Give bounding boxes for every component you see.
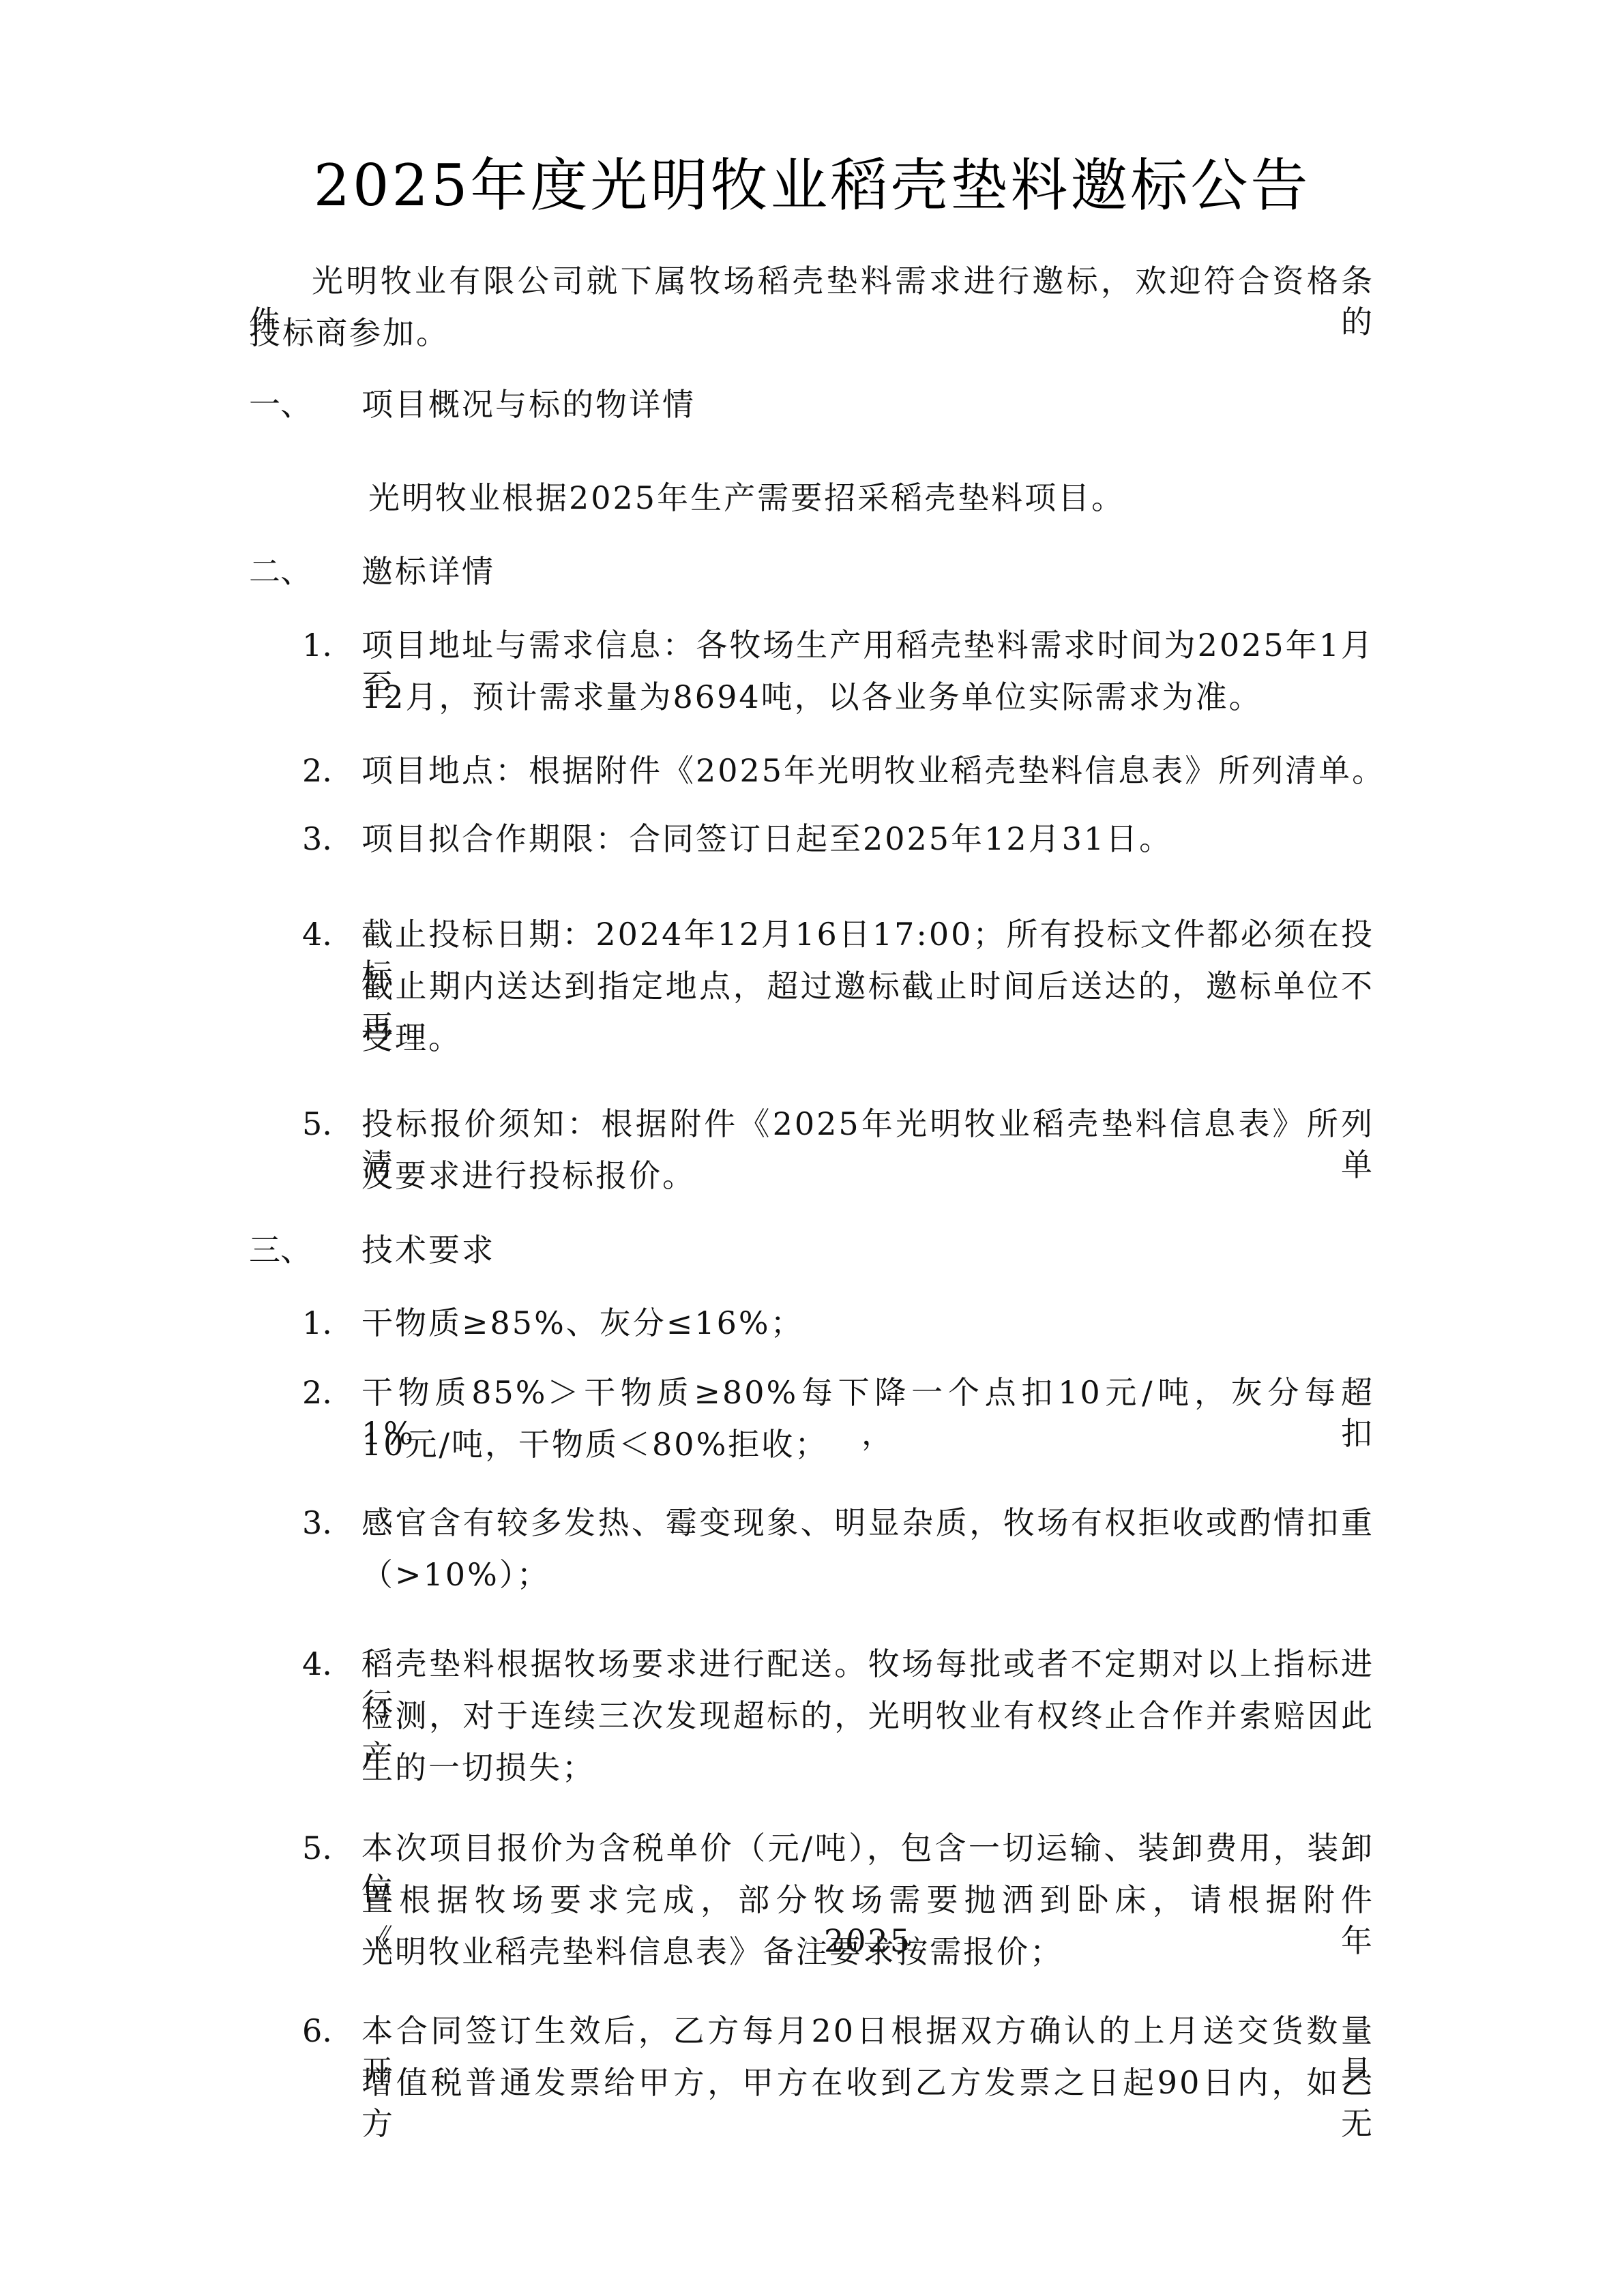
s2-item-1-number: 1.	[302, 625, 332, 666]
section-3-number: 三、	[249, 1229, 312, 1270]
s2-item-2-number: 2.	[302, 750, 332, 791]
s3-item-1-line-1: 干物质≥85%、灰分≤16%；	[361, 1302, 804, 1343]
s2-item-5-number: 5.	[302, 1103, 332, 1144]
s3-item-3-number: 3.	[302, 1502, 332, 1543]
s3-item-6-line-2: 增值税普通发票给甲方，甲方在收到乙方发票之日起90日内，如乙方无	[361, 2062, 1374, 2144]
intro-line-2: 投标商参加。	[249, 312, 449, 353]
s3-item-5-number: 5.	[302, 1828, 332, 1868]
section-2-heading: 邀标详情	[361, 551, 495, 592]
s2-item-4-line-2: 截止期内送达到指定地点，超过邀标截止时间后送达的，邀标单位不再	[361, 966, 1374, 1047]
section-1-heading: 项目概况与标的物详情	[361, 384, 696, 425]
s3-item-2-number: 2.	[302, 1372, 332, 1413]
s3-item-4-line-3: 生的一切损失；	[361, 1747, 595, 1788]
s3-item-5-line-3: 光明牧业稻壳垫料信息表》备注要求按需报价；	[361, 1931, 1063, 1972]
s3-item-1-number: 1.	[302, 1302, 332, 1343]
s3-item-3-line-1: 感官含有较多发热、霉变现象、明显杂质，牧场有权拒收或酌情扣重	[361, 1502, 1374, 1543]
s2-item-4-line-3: 受理。	[361, 1017, 462, 1058]
s3-item-3-line-2: （>10%）；	[361, 1554, 550, 1595]
section-3-heading: 技术要求	[361, 1229, 495, 1270]
document-title: 2025年度光明牧业稻壳垫料邀标公告	[0, 151, 1624, 220]
s2-item-1-line-2: 12月，预计需求量为8694吨，以各业务单位实际需求为准。	[361, 676, 1263, 717]
s2-item-3-line-1: 项目拟合作期限：合同签订日起至2025年12月31日。	[361, 818, 1172, 859]
section-2-number: 二、	[249, 551, 312, 592]
s3-item-4-number: 4.	[302, 1643, 332, 1684]
document-page: 2025年度光明牧业稻壳垫料邀标公告 光明牧业有限公司就下属牧场稻壳垫料需求进行…	[0, 0, 1624, 2296]
section-1-number: 一、	[249, 384, 312, 425]
s3-item-2-line-2: 10元/吨，干物质＜80%拒收；	[361, 1424, 828, 1465]
s3-item-6-number: 6.	[302, 2010, 332, 2051]
s2-item-3-number: 3.	[302, 818, 332, 859]
s2-item-2-line-1: 项目地点：根据附件《2025年光明牧业稻壳垫料信息表》所列清单。	[361, 750, 1385, 791]
section-1-paragraph: 光明牧业根据2025年生产需要招采稻壳垫料项目。	[368, 477, 1125, 518]
s2-item-4-number: 4.	[302, 914, 332, 955]
s2-item-5-line-2: 及要求进行投标报价。	[361, 1155, 696, 1196]
